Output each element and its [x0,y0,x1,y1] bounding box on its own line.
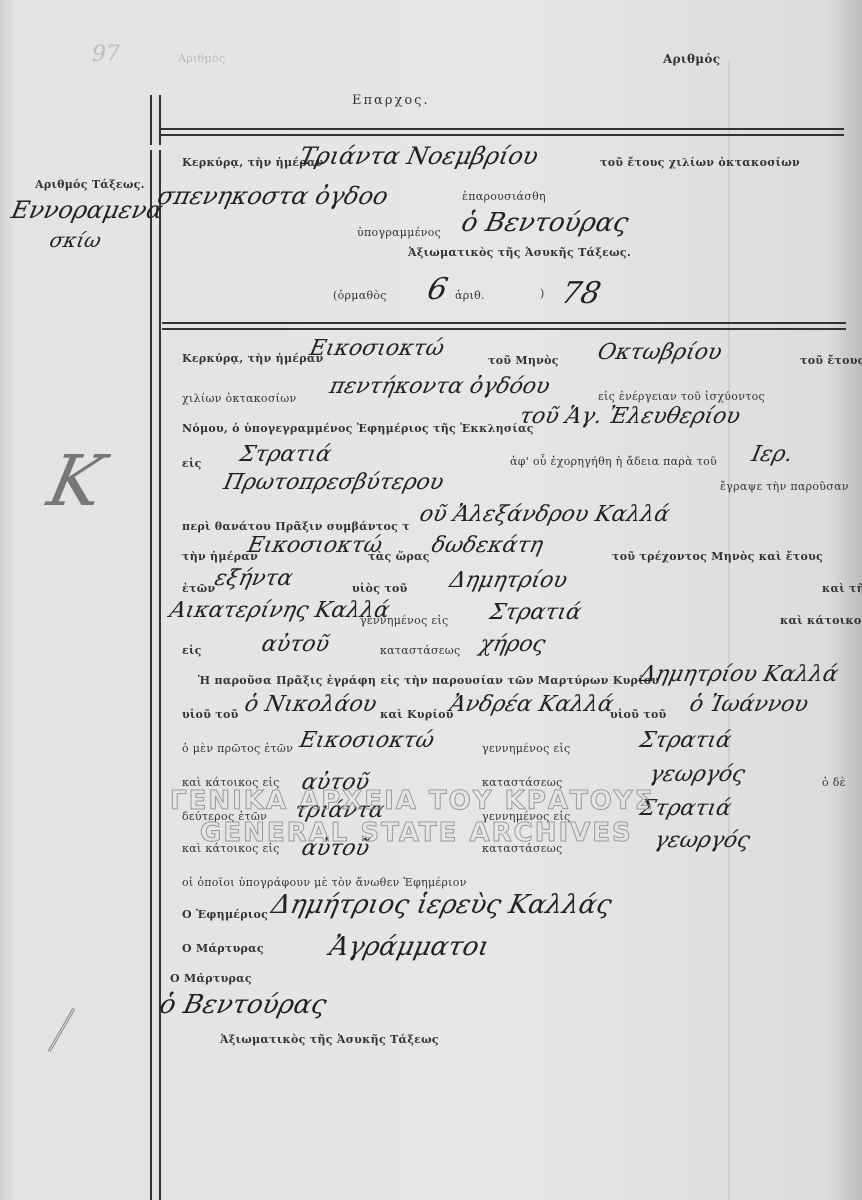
faint-number-label: Αριθμός [178,52,225,65]
act-day-handwritten: Εικοσιοκτώ [307,336,446,361]
residence-handwritten: αὐτοῦ [259,632,331,657]
wrote-label: ἔγραψε τὴν παροῦσαν [720,480,849,493]
witness2-name-handwritten: Ἀνδρέα Καλλά [447,692,615,717]
priest-church-label: Νόμου, ὁ ὑπογεγραμμένος Ἐφημέριος τῆς Ἐκ… [182,422,534,435]
hour-label: τὰς ὥρας [368,550,430,563]
left-double-rule-top [150,95,161,145]
document-page: Αριθμός 97 Αριθμός Επαρχος. Αριθμός Τάξε… [0,0,862,1200]
witness-intro-label: Ἡ παροῦσα Πρᾶξις ἐγράφη εἰς τὴν παρουσία… [198,674,659,687]
village-handwritten: Στρατιά [237,442,333,467]
presented-label: ἐπαρουσιάσθη [462,190,546,203]
year-label: τοῦ ἔτους [800,354,862,367]
officer-name-handwritten: ὁ Βεντούρας [459,208,631,238]
current-month-label: τοῦ τρέχοντος Μηνὸς καὶ ἔτους [612,550,823,563]
class-number-handwritten-1: Εννοραμενα [9,196,166,224]
witness-label-2: Ο Μάρτυρας [170,972,252,985]
archive-watermark-english: GENERAL STATE ARCHIVES [200,818,633,848]
priest-signature: Δημήτριος ἱερεὺς Καλλάς [269,890,615,920]
act-number-handwritten: 78 [558,276,604,311]
second-status-handwritten: γεωργός [652,828,752,853]
witness2-father-handwritten: ὁ Ἰωάννου [687,692,810,717]
son-of-label: υἱὸς τοῦ [352,582,408,595]
officer-title-bottom: Ἀξιωματικὸς τῆς Ἀσυκῆς Τάξεως [220,1033,439,1046]
born-in-label: γεννημένος εἰς [360,614,448,627]
presentation-year-label: τοῦ ἔτους χιλίων ὀκτακοσίων [600,156,800,169]
birthplace-handwritten: Στρατιά [487,600,583,625]
in-label: εἰς [182,457,202,470]
resident-label: καὶ κάτοικος [780,614,862,627]
permission-label: ἀφ' οὗ ἐχορηγήθη ἡ ἄδεια παρὰ τοῦ [510,455,717,468]
grantor-title-handwritten: Πρωτοπρεσβύτερου [221,470,446,495]
mother-name-handwritten: Αικατερίνης Καλλά [167,598,392,623]
year-prefix-label: χιλίων ὀκτακοσίων [182,392,297,405]
presentation-date-handwritten: Τριάντα Νοεμβρίου [297,142,541,170]
month-label: τοῦ Μηνὸς [488,354,559,367]
margin-mark: K [41,440,111,522]
officer-signature: ὁ Βεντούρας [157,990,329,1020]
first-birthplace-handwritten: Στρατιά [637,728,733,753]
witness1-son-of-label: υἱοῦ τοῦ [182,708,239,721]
class-number-handwritten-2: σκίω [47,228,103,252]
resident-in-label: εἰς [182,644,202,657]
signers-intro-label: οἱ ὁποῖοι ὑπογράφουν μὲ τὸν ἄνωθεν Ἐφημέ… [182,876,467,889]
law-label: εἰς ἐνέργειαν τοῦ ἰσχύοντος [598,390,765,403]
death-hour-handwritten: δωδεκάτη [429,533,545,558]
second-prefix-label: ὁ δὲ [822,776,846,789]
permission-grantor-handwritten: Ιερ. [749,442,795,467]
header-rule [160,128,844,136]
archive-watermark-greek: ΓΕΝΙΚΑ ΑΡΧΕΙΑ ΤΟΥ ΚΡΑΤΟΥΣ [170,786,654,816]
witness-signature-illiterate: Ἀγράμματοι [327,932,492,962]
first-witness-age-label: ὁ μὲν πρῶτος ἐτῶν [182,742,293,755]
section-rule [162,322,846,330]
first-status-handwritten: γεωργός [647,762,747,787]
act-year-handwritten: πεντήκοντα ὀγδόου [327,374,552,399]
age-label: ἐτῶν [182,582,215,595]
act-month-handwritten: Οκτωβρίου [595,340,724,365]
witness1-name-handwritten: Δημητρίου Καλλά [637,662,840,687]
margin-slash-mark [48,1008,76,1053]
father-name-handwritten: Δημητρίου [447,568,569,593]
witness2-son-of-label: υἱοῦ τοῦ [610,708,667,721]
witness-label-1: Ο Μάρτυρας [182,942,264,955]
church-handwritten: τοῦ Ἁγ. Ἐλευθερίου [517,404,742,429]
bundle-number-handwritten: 6 [424,272,451,307]
presentation-year-handwritten: σπενηκοστα ὀγδοο [155,182,391,210]
death-day-handwritten: Εικοσιοκτώ [245,533,384,558]
bundle-label: (ὁρμαθὸς [333,289,387,302]
marital-status-handwritten: χήρος [477,632,547,657]
number-label: Αριθμός [663,52,720,66]
status-label: καταστάσεως [380,644,460,657]
faint-handwritten-number: 97 [92,42,120,67]
and-mr-label: καὶ Κυρίου [380,708,454,721]
first-born-label: γεννημένος εἰς [482,742,570,755]
faint-right-column-rule [728,60,730,1200]
witness1-father-handwritten: ὁ Νικολάου [242,692,379,717]
number-abbrev-label: ἀριθ. [455,289,485,302]
death-act-label: περὶ θανάτου Πρᾶξιν συμβάντος τ [182,520,410,533]
act-date-label: Κερκύρᾳ, τὴν ἡμέραν [182,352,324,365]
deceased-age-handwritten: εξήντα [212,566,295,591]
and-of-label: καὶ τῆς [822,582,862,595]
undersigned-label: ὑπογραμμένος [357,226,441,239]
deceased-name-handwritten: οῦ Ἀλεξάνδρου Καλλά [417,502,672,527]
officer-title-label: Ἀξιωματικὸς τῆς Ἀσυκῆς Τάξεως. [408,246,631,259]
left-double-rule [150,150,161,1200]
document-title: Επαρχος. [352,93,430,108]
bundle-close-paren: ) [540,287,545,300]
class-number-label: Αριθμός Τάξεως. [35,178,145,191]
priest-label: Ο Ἐφημέριος [182,908,268,921]
first-witness-age-handwritten: Εικοσιοκτώ [297,728,436,753]
